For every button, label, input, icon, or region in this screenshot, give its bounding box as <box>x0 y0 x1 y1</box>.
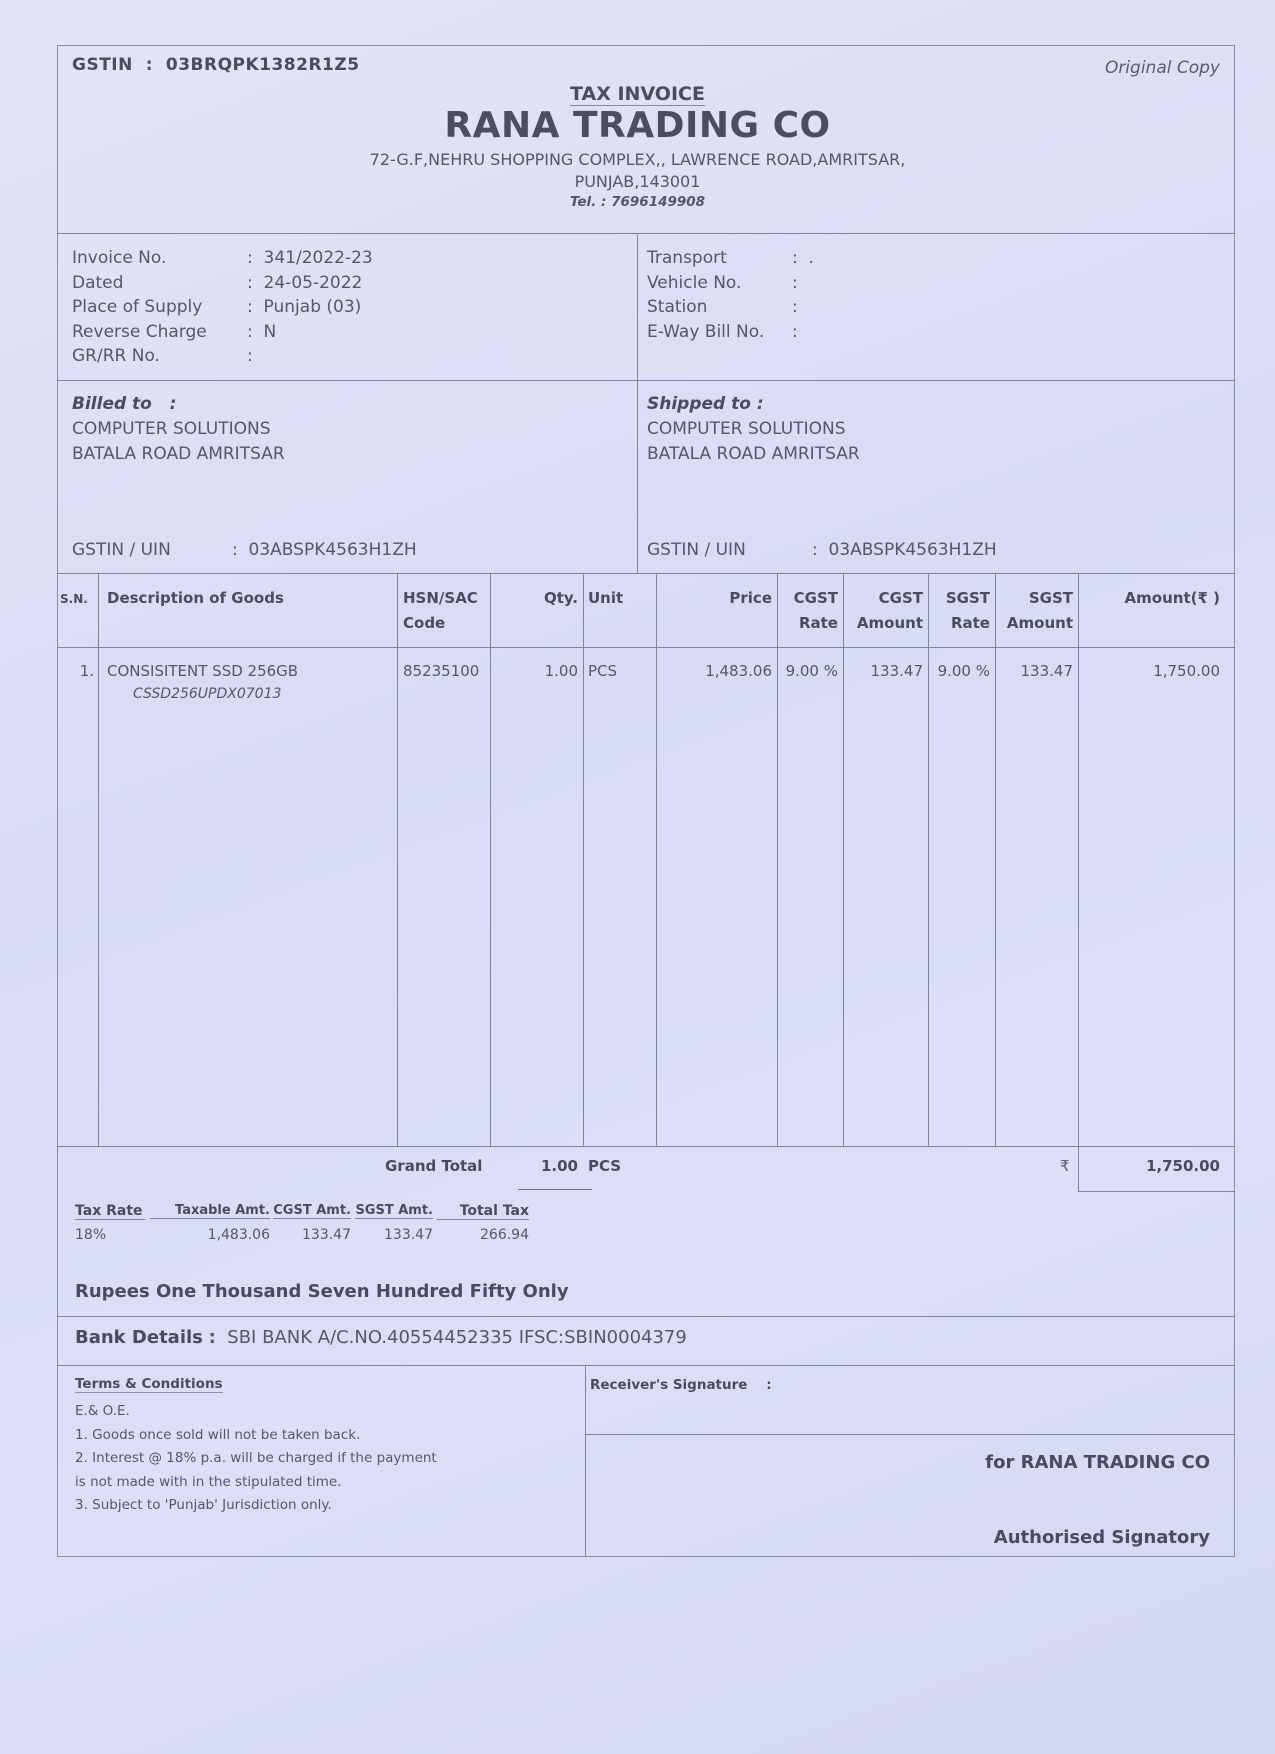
col-amount: Amount(₹ ) <box>1078 586 1220 611</box>
invoice-meta: Invoice No.: 341/2022-23 Dated: 24-05-20… <box>72 246 373 369</box>
company-address-1: 72-G.F,NEHRU SHOPPING COMPLEX,, LAWRENCE… <box>0 150 1275 169</box>
meta-gr-rr-no: GR/RR No.: <box>72 344 373 369</box>
terms-line: 1. Goods once sold will not be taken bac… <box>75 1424 437 1448</box>
terms-list: E.& O.E. 1. Goods once sold will not be … <box>75 1400 437 1518</box>
col-hsn: HSN/SACCode <box>403 586 478 636</box>
sgst-amt-value: 133.47 <box>355 1227 433 1243</box>
company-tel: Tel. : 7696149908 <box>0 194 1275 210</box>
grand-total-unit: PCS <box>588 1157 621 1175</box>
terms-line: 3. Subject to 'Punjab' Jurisdiction only… <box>75 1494 437 1518</box>
row-price: 1,483.06 <box>656 662 772 680</box>
cgst-amt-header: CGST Amt. <box>273 1203 351 1219</box>
total-tax-value: 266.94 <box>437 1227 529 1243</box>
company-name: RANA TRADING CO <box>0 105 1275 146</box>
row-sn: 1. <box>60 662 94 680</box>
grand-total-qty: 1.00 <box>490 1157 578 1175</box>
shipped-to-heading: Shipped to : <box>647 392 860 417</box>
taxable-amt-header: Taxable Amt. <box>150 1203 270 1219</box>
grand-total-amount: 1,750.00 <box>1078 1157 1220 1175</box>
for-company: for RANA TRADING CO <box>600 1452 1210 1473</box>
meta-invoice-no: Invoice No.: 341/2022-23 <box>72 246 373 271</box>
billed-to: Billed to : COMPUTER SOLUTIONS BATALA RO… <box>72 392 285 467</box>
transport-meta: Transport: . Vehicle No.: Station: E-Way… <box>647 246 814 344</box>
row-hsn: 85235100 <box>403 662 479 680</box>
col-cgst-amount: CGSTAmount <box>843 586 923 636</box>
row-sgst-amount: 133.47 <box>995 662 1073 680</box>
total-tax-header: Total Tax <box>437 1203 529 1220</box>
cgst-amt-value: 133.47 <box>273 1227 351 1243</box>
meta-station: Station: <box>647 295 814 320</box>
billed-to-gstin: GSTIN / UIN: 03ABSPK4563H1ZH <box>72 540 417 560</box>
rupee-icon: ₹ <box>1060 1157 1070 1175</box>
bank-details: Bank Details : SBI BANK A/C.NO.405544523… <box>75 1327 687 1348</box>
tax-rate-value: 18% <box>75 1227 106 1243</box>
col-unit: Unit <box>588 586 623 611</box>
row-serial: CSSD256UPDX07013 <box>133 686 281 702</box>
col-cgst-rate: CGSTRate <box>777 586 838 636</box>
col-sn: S.N. <box>60 587 96 612</box>
grand-total-label: Grand Total <box>385 1157 482 1175</box>
shipped-to-address: BATALA ROAD AMRITSAR <box>647 442 860 467</box>
meta-eway-bill: E-Way Bill No.: <box>647 320 814 345</box>
col-sgst-amount: SGSTAmount <box>995 586 1073 636</box>
taxable-amt-value: 1,483.06 <box>150 1227 270 1243</box>
shipped-to: Shipped to : COMPUTER SOLUTIONS BATALA R… <box>647 392 860 467</box>
billed-to-name: COMPUTER SOLUTIONS <box>72 417 285 442</box>
terms-line: is not made with in the stipulated time. <box>75 1471 437 1495</box>
billed-to-address: BATALA ROAD AMRITSAR <box>72 442 285 467</box>
authorised-signatory: Authorised Signatory <box>600 1527 1210 1548</box>
row-sgst-rate: 9.00 % <box>928 662 990 680</box>
shipped-to-name: COMPUTER SOLUTIONS <box>647 417 860 442</box>
copy-label: Original Copy <box>1105 58 1220 78</box>
meta-dated: Dated: 24-05-2022 <box>72 271 373 296</box>
row-unit: PCS <box>588 662 617 680</box>
shipped-to-gstin: GSTIN / UIN: 03ABSPK4563H1ZH <box>647 540 997 560</box>
terms-heading: Terms & Conditions <box>75 1376 223 1393</box>
meta-transport: Transport: . <box>647 246 814 271</box>
doc-title: TAX INVOICE <box>0 83 1275 105</box>
col-description: Description of Goods <box>107 586 284 611</box>
tax-rate-header: Tax Rate <box>75 1203 145 1220</box>
company-address-2: PUNJAB,143001 <box>0 172 1275 191</box>
billed-to-heading: Billed to : <box>72 392 285 417</box>
seller-gstin: GSTIN : 03BRQPK1382R1Z5 <box>72 55 360 75</box>
col-sgst-rate: SGSTRate <box>928 586 990 636</box>
meta-place-of-supply: Place of Supply: Punjab (03) <box>72 295 373 320</box>
row-cgst-rate: 9.00 % <box>777 662 838 680</box>
col-qty: Qty. <box>490 586 578 611</box>
col-price: Price <box>656 586 772 611</box>
terms-line: 2. Interest @ 18% p.a. will be charged i… <box>75 1447 437 1471</box>
row-amount: 1,750.00 <box>1078 662 1220 680</box>
row-cgst-amount: 133.47 <box>843 662 923 680</box>
meta-reverse-charge: Reverse Charge: N <box>72 320 373 345</box>
meta-vehicle-no: Vehicle No.: <box>647 271 814 296</box>
receiver-signature-label: Receiver's Signature : <box>590 1377 772 1393</box>
terms-line: E.& O.E. <box>75 1400 437 1424</box>
amount-in-words: Rupees One Thousand Seven Hundred Fifty … <box>75 1281 569 1302</box>
sgst-amt-header: SGST Amt. <box>355 1203 433 1219</box>
row-qty: 1.00 <box>490 662 578 680</box>
row-description: CONSISITENT SSD 256GB <box>107 662 298 680</box>
